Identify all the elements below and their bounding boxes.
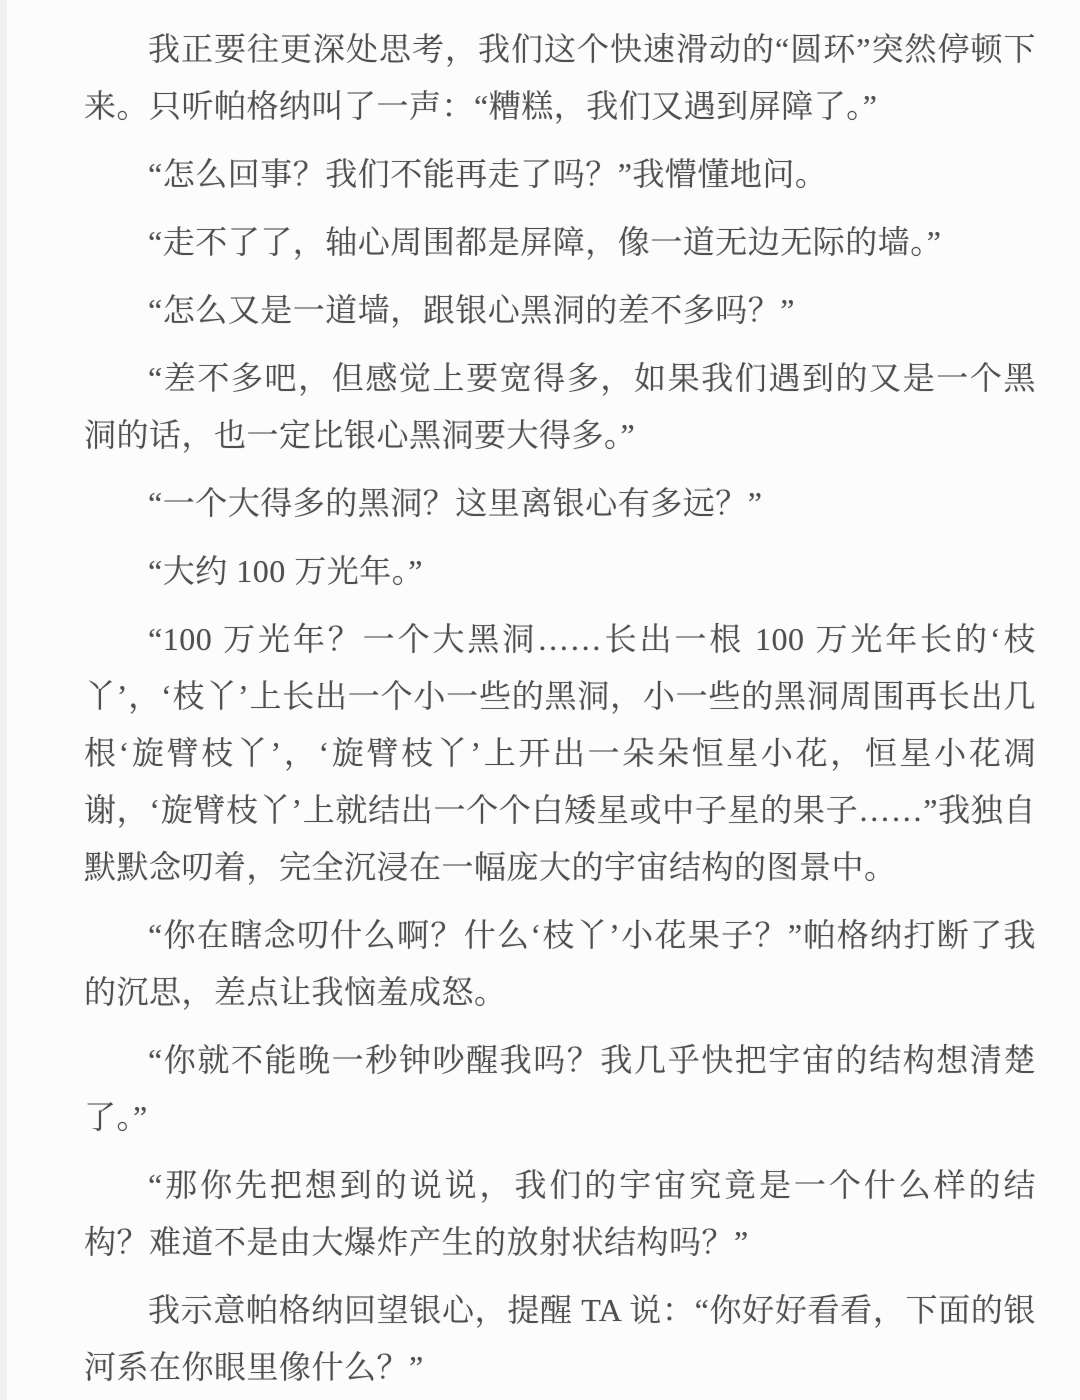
paragraph: “大约 100 万光年。” <box>84 543 1036 600</box>
paragraph: “你就不能晚一秒钟吵醒我吗？我几乎快把宇宙的结构想清楚了。” <box>84 1032 1036 1146</box>
paragraph: “走不了了，轴心周围都是屏障，像一道无边无际的墙。” <box>84 214 1036 271</box>
paragraph: “100 万光年？一个大黑洞……长出一根 100 万光年长的‘枝丫’，‘枝丫’上… <box>84 611 1036 896</box>
paragraph: 我正要往更深处思考，我们这个快速滑动的“圆环”突然停顿下来。只听帕格纳叫了一声：… <box>84 21 1036 135</box>
body-text-column: 我正要往更深处思考，我们这个快速滑动的“圆环”突然停顿下来。只听帕格纳叫了一声：… <box>84 21 1036 1396</box>
paragraph: “怎么又是一道墙，跟银心黑洞的差不多吗？” <box>84 282 1036 339</box>
paragraph: “你在瞎念叨什么啊？什么‘枝丫’小花果子？”帕格纳打断了我的沉思，差点让我恼羞成… <box>84 907 1036 1021</box>
paragraph: “差不多吧，但感觉上要宽得多，如果我们遇到的又是一个黑洞的话，也一定比银心黑洞要… <box>84 350 1036 464</box>
paragraph: 我示意帕格纳回望银心，提醒 TA 说：“你好好看看，下面的银河系在你眼里像什么？… <box>84 1282 1036 1396</box>
paragraph: “一个大得多的黑洞？这里离银心有多远？” <box>84 475 1036 532</box>
paragraph: “怎么回事？我们不能再走了吗？”我懵懂地问。 <box>84 146 1036 203</box>
paragraph: “那你先把想到的说说，我们的宇宙究竟是一个什么样的结构？难道不是由大爆炸产生的放… <box>84 1157 1036 1271</box>
book-page: 我正要往更深处思考，我们这个快速滑动的“圆环”突然停顿下来。只听帕格纳叫了一声：… <box>0 0 1080 1400</box>
